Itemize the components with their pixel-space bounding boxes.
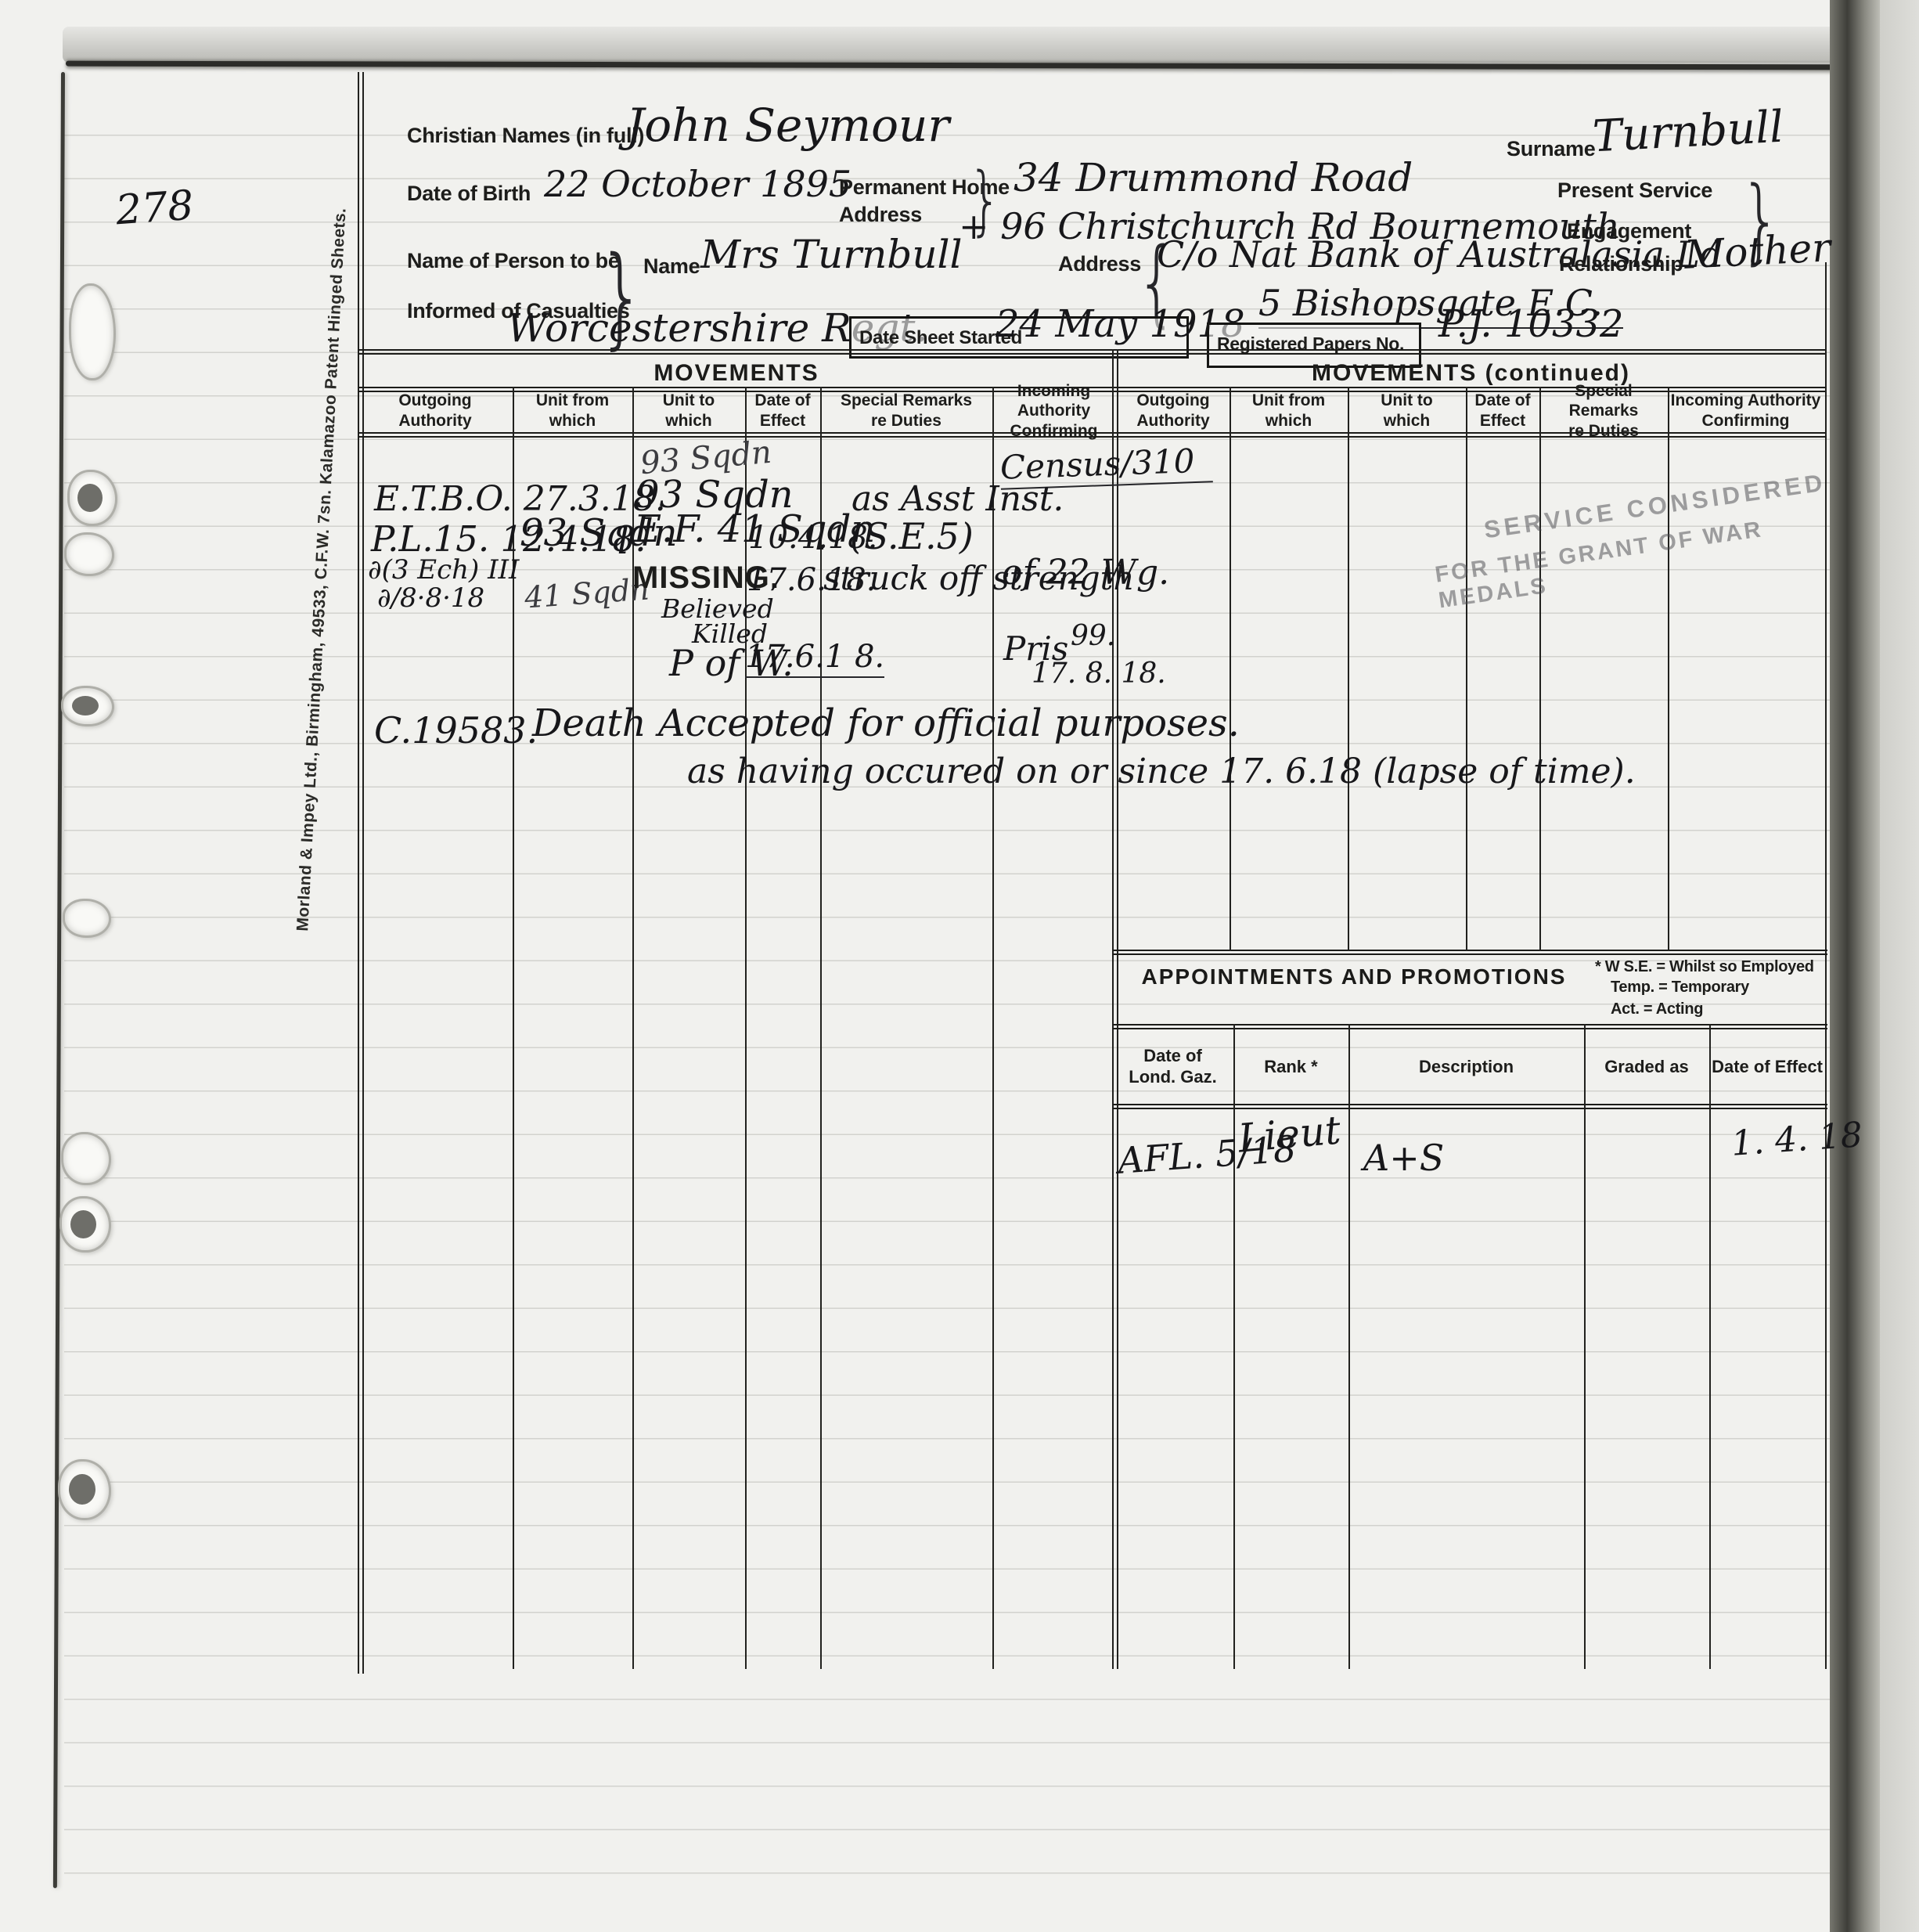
entry-incoming-4b: 99.: [1071, 620, 1115, 652]
entry-outgoing-3a: ∂(3 Ech) III: [368, 554, 519, 586]
note-reference: C.19583.: [374, 709, 538, 752]
surname-label: Surname: [1507, 137, 1595, 161]
appointments-legend-1: * W S.E. = Whilst so Employed: [1595, 957, 1814, 978]
table-rule: [1668, 387, 1669, 950]
printer-imprint: Morland & Impey Ltd., Birmingham, 49533,…: [293, 427, 339, 932]
punch-hole: [63, 899, 111, 938]
colhead-bottom-rule: [358, 432, 1825, 438]
col-unit-to-2: Unit to which: [1348, 391, 1466, 431]
appt-rank-value: Lieut: [1237, 1107, 1343, 1161]
col-unit-from: Unit from which: [513, 391, 632, 431]
col-special-remarks-2: Special Remarks re Duties: [1539, 391, 1668, 431]
col-incoming-authority: Incoming Authority Confirming: [992, 391, 1115, 431]
entry-outgoing-3b: ∂/8·8·18: [377, 582, 484, 614]
appt-description-value: A+S: [1363, 1137, 1444, 1179]
punch-hole: [58, 1459, 111, 1520]
note-line2: as having occured on or since 17. 6.18 (…: [687, 752, 1636, 791]
col-date-of-effect-2: Date of Effect: [1466, 391, 1539, 431]
entry-date-4: 17.6.1 8.: [745, 639, 884, 678]
appointments-head-rule: [1112, 1104, 1827, 1109]
entry-remarks-1: as Asst Inst.: [851, 479, 1064, 519]
header-bottom-rule: [358, 349, 1825, 355]
table-rule: [1584, 1024, 1586, 1669]
appointments-title: APPOINTMENTS AND PROMOTIONS: [1135, 964, 1573, 989]
hole-shadow: [72, 696, 99, 715]
date-of-birth-label: Date of Birth: [407, 182, 531, 206]
appt-col-description: Description: [1348, 1033, 1584, 1101]
movements-continued-title: MOVEMENTS (continued): [1117, 360, 1825, 387]
col-incoming-authority-2: Incoming Authority Confirming: [1668, 391, 1824, 431]
col-outgoing-authority-2: Outgoing Authority: [1117, 391, 1230, 431]
next-sheet-edge: [1880, 0, 1919, 1932]
punch-hole: [69, 283, 116, 380]
present-service-label: Present Service: [1557, 178, 1712, 203]
appt-col-rank: Rank *: [1233, 1033, 1348, 1101]
war-medals-stamp: SERVICE CONSIDERED FOR THE GRANT OF WAR …: [1428, 463, 1875, 615]
punch-hole: [64, 532, 114, 576]
punch-hole: [61, 686, 114, 726]
christian-names-value: John Seymour: [626, 99, 949, 152]
relationship-value: Mother: [1683, 225, 1832, 278]
appointments-title-rule: [1112, 1024, 1827, 1029]
surname-value: Turnbull: [1591, 102, 1784, 163]
table-rule: [1539, 387, 1541, 950]
appt-col-graded: Graded as: [1584, 1033, 1709, 1101]
scanned-record-page: 278 Morland & Impey Ltd., Birmingham, 49…: [0, 0, 1919, 1932]
col-unit-from-2: Unit from which: [1230, 391, 1348, 431]
name-label: Name: [643, 254, 700, 279]
informed-label-line1: Name of Person to be: [407, 249, 620, 273]
table-rule: [1466, 387, 1467, 950]
appt-col-gazette: Date of Lond. Gaz.: [1112, 1033, 1233, 1101]
col-outgoing-authority: Outgoing Authority: [358, 391, 513, 431]
table-rule: [1348, 387, 1349, 950]
entry-unit-from-3: 41 Sqdn: [524, 571, 650, 615]
hole-shadow: [70, 1210, 96, 1238]
table-rule: [1233, 1024, 1235, 1669]
form-left-rule: [362, 72, 364, 1674]
hole-shadow: [69, 1474, 95, 1505]
entry-incoming-3: of 22 Wg.: [1002, 553, 1169, 593]
scan-top-smudge: [63, 27, 1838, 63]
note-line1: Death Accepted for official purposes.: [532, 701, 1240, 745]
entry-incoming-4c: 17. 8. 18.: [1032, 658, 1166, 690]
punch-hole: [59, 1196, 111, 1253]
punch-hole: [67, 470, 117, 526]
table-rule: [1348, 1024, 1350, 1669]
christian-names-label: Christian Names (in full): [407, 124, 644, 148]
relationship-label: Relationship: [1559, 252, 1683, 276]
entry-remarks-2: (S.E.5): [850, 515, 974, 557]
sheet-number: 278: [114, 182, 195, 235]
informed-name-value: Mrs Turnbull: [700, 232, 963, 277]
center-divider: [1117, 349, 1118, 1669]
appointments-top-rule: [1112, 950, 1827, 955]
address-label: Address: [1058, 252, 1141, 276]
hole-shadow: [77, 484, 103, 512]
page-left-edge: [53, 72, 65, 1888]
appt-col-effect: Date of Effect: [1709, 1033, 1825, 1101]
col-special-remarks: Special Remarks re Duties: [820, 391, 992, 431]
date-of-birth-value: 22 October 1895: [544, 163, 851, 205]
binding-shadow: [1830, 0, 1880, 1932]
table-rule: [1230, 387, 1231, 950]
center-divider: [1112, 349, 1114, 1669]
col-date-of-effect: Date of Effect: [745, 391, 820, 431]
table-rule: [1709, 1024, 1711, 1669]
appointments-legend-2: Temp. = Temporary: [1611, 979, 1749, 997]
registered-papers-value: P.J. 10332: [1438, 302, 1624, 346]
appointments-legend-3: Act. = Acting: [1611, 1000, 1703, 1018]
home-address-line1: 34 Drummond Road: [1014, 155, 1413, 200]
form-left-rule: [358, 72, 359, 1674]
punch-hole: [61, 1132, 111, 1185]
col-unit-to: Unit to which: [632, 391, 745, 431]
